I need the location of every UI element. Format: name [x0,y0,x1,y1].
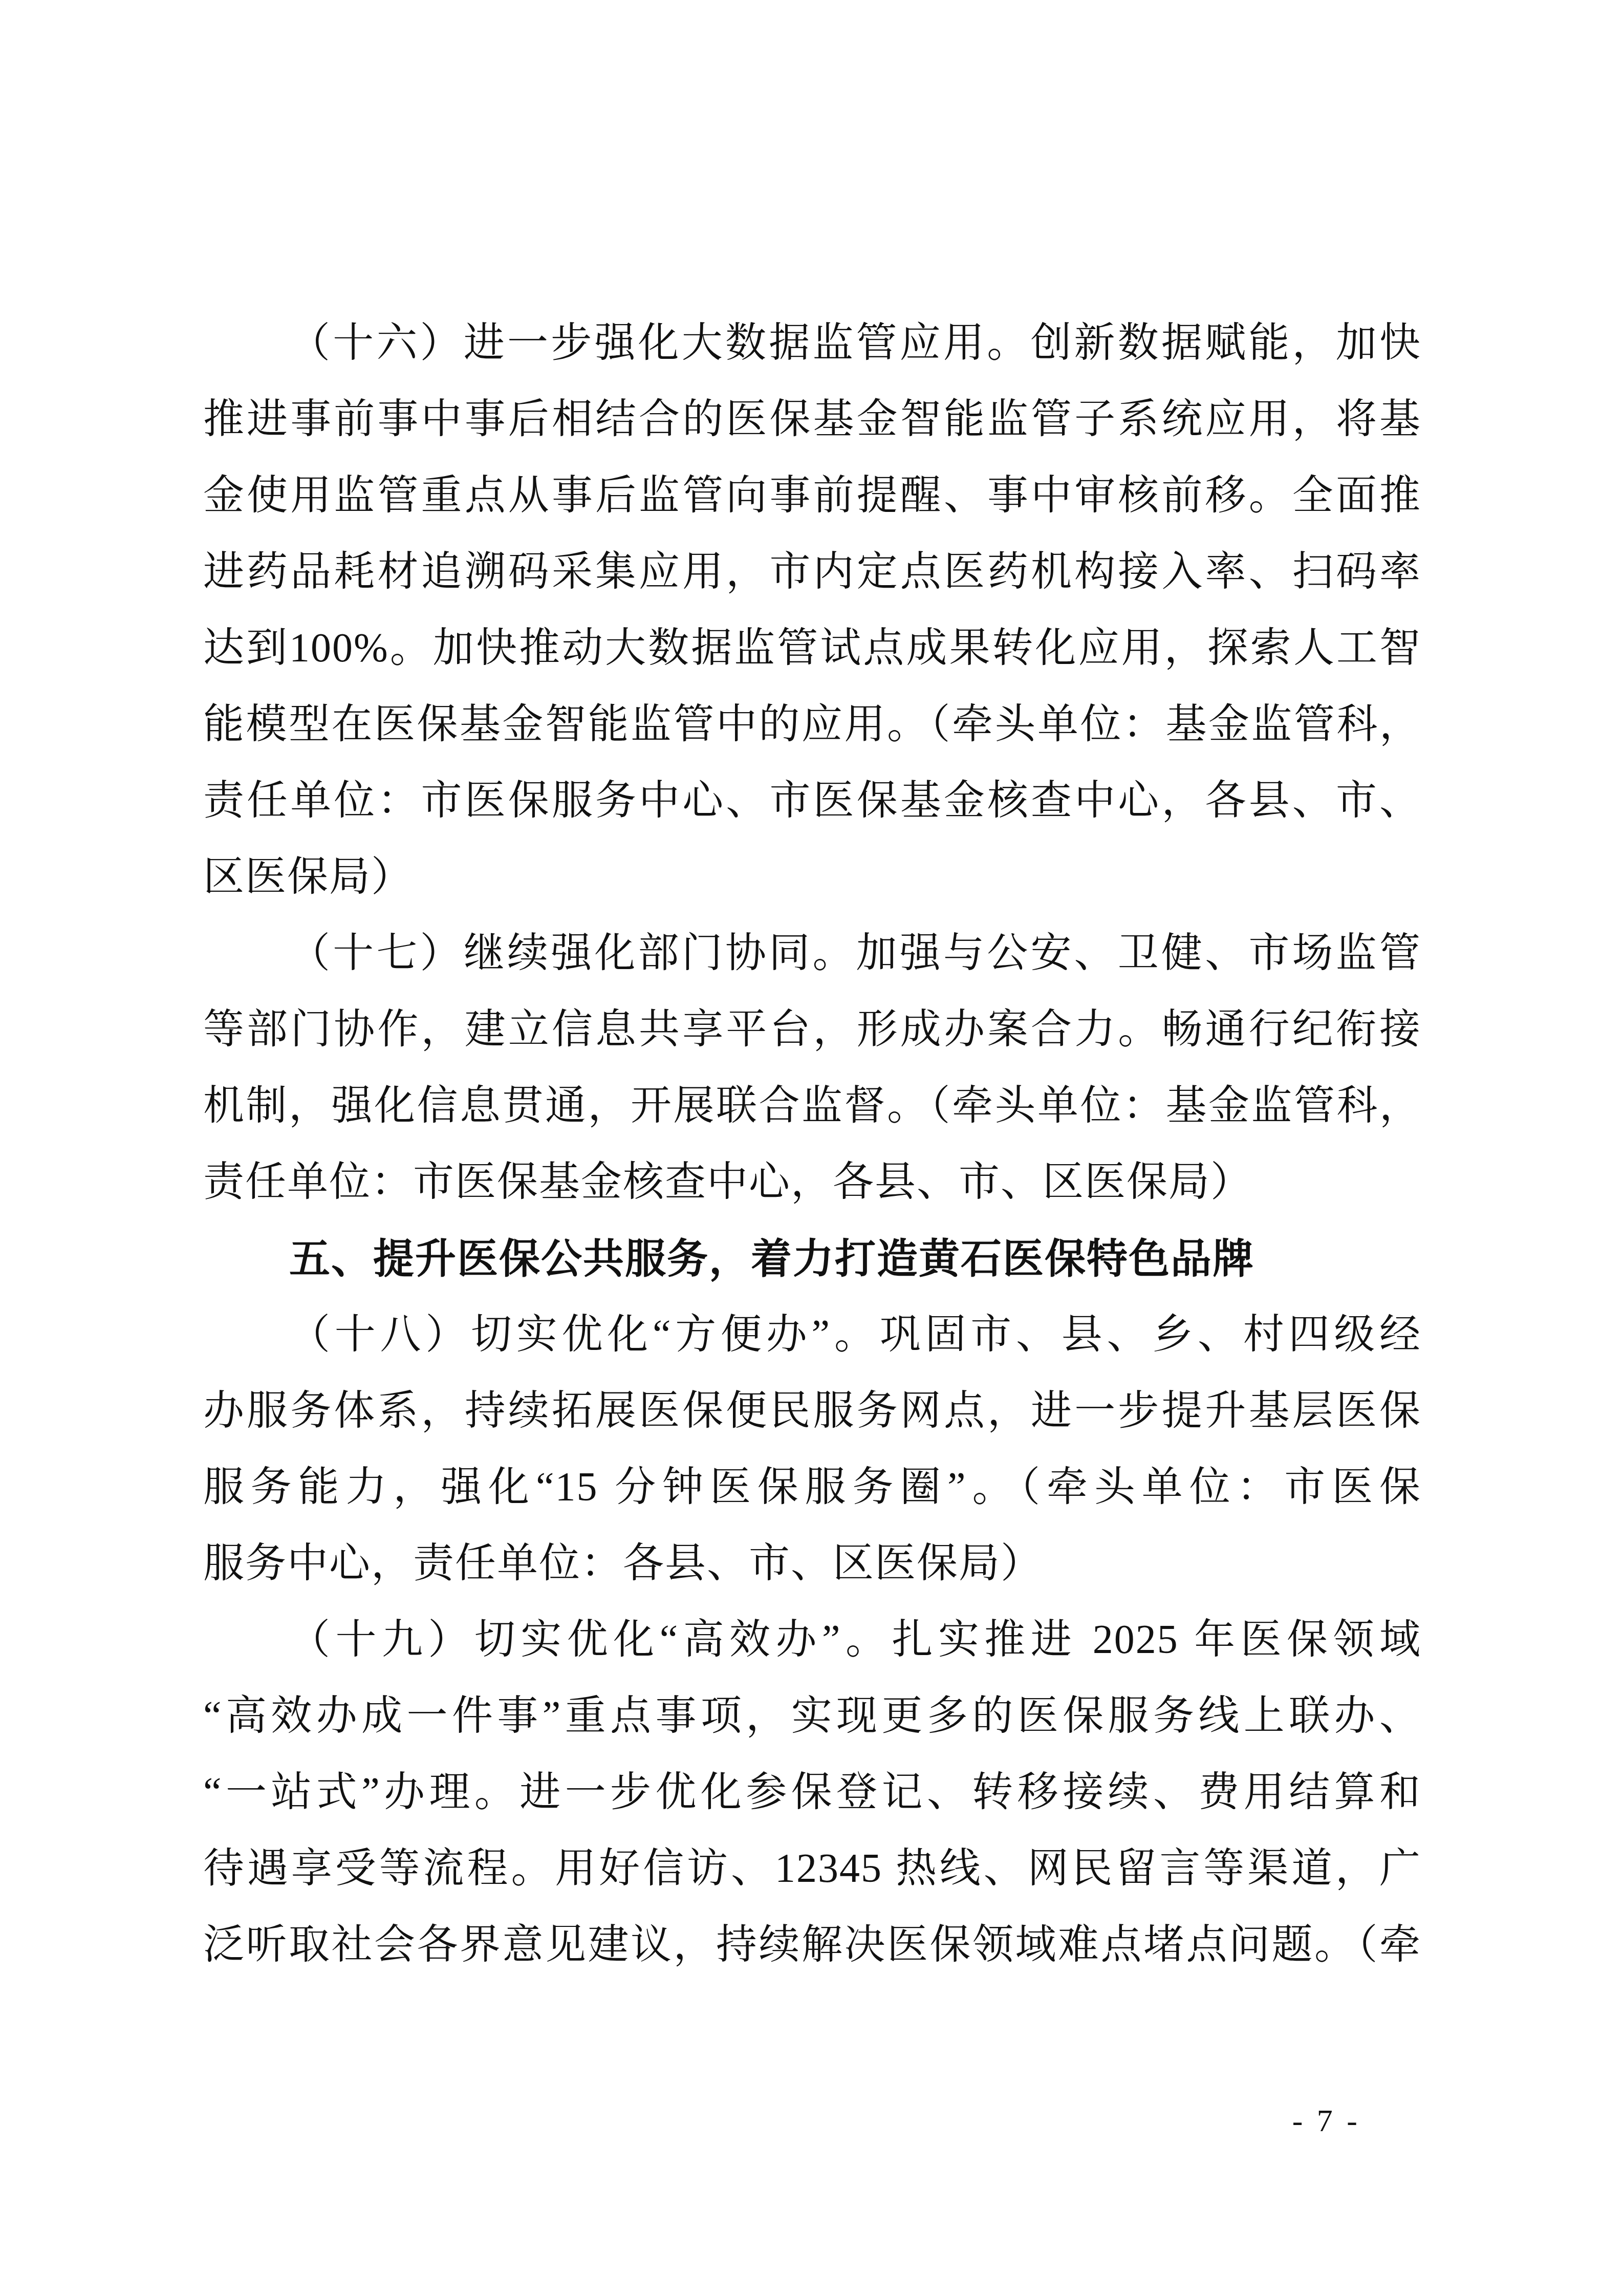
text-line: 区医保局） [203,839,1421,915]
text-line: 泛听取社会各界意见建议，持续解决医保领域难点堵点问题。（牵 [203,1907,1421,1983]
text-line: 办服务体系，持续拓展医保便民服务网点，进一步提升基层医保 [203,1373,1421,1449]
text-line: （十七）继续强化部门协同。加强与公安、卫健、市场监管 [203,915,1421,992]
text-line: 推进事前事中事后相结合的医保基金智能监管子系统应用，将基 [203,381,1421,458]
text-line: 达到100%。加快推动大数据监管试点成果转化应用，探索人工智 [203,610,1421,686]
text-line: “高效办成一件事”重点事项，实现更多的医保服务线上联办、 [203,1678,1421,1754]
text-line: （十九）切实优化“高效办”。扎实推进 2025 年医保领域 [203,1602,1421,1678]
page-number: - 7 - [1292,2098,1360,2144]
text-line: “一站式”办理。进一步优化参保登记、转移接续、费用结算和 [203,1754,1421,1831]
text-line: （十六）进一步强化大数据监管应用。创新数据赋能，加快 [203,305,1421,381]
text-line: 待遇享受等流程。用好信访、12345 热线、网民留言等渠道，广 [203,1831,1421,1907]
section-heading: 五、提升医保公共服务，着力打造黄石医保特色品牌 [203,1220,1421,1297]
text-line: 能模型在医保基金智能监管中的应用。（牵头单位：基金监管科， [203,686,1421,763]
text-line: 责任单位：市医保服务中心、市医保基金核查中心，各县、市、 [203,763,1421,839]
document-body: （十六）进一步强化大数据监管应用。创新数据赋能，加快 推进事前事中事后相结合的医… [203,305,1421,1983]
document-page: （十六）进一步强化大数据监管应用。创新数据赋能，加快 推进事前事中事后相结合的医… [0,0,1624,2296]
text-line: （十八）切实优化“方便办”。巩固市、县、乡、村四级经 [203,1297,1421,1373]
text-line: 服务中心，责任单位：各县、市、区医保局） [203,1526,1421,1602]
text-line: 责任单位：市医保基金核查中心，各县、市、区医保局） [203,1144,1421,1220]
text-line: 进药品耗材追溯码采集应用，市内定点医药机构接入率、扫码率 [203,534,1421,610]
text-line: 金使用监管重点从事后监管向事前提醒、事中审核前移。全面推 [203,458,1421,534]
text-line: 机制，强化信息贯通，开展联合监督。（牵头单位：基金监管科， [203,1068,1421,1144]
text-line: 等部门协作，建立信息共享平台，形成办案合力。畅通行纪衔接 [203,992,1421,1068]
text-line: 服务能力，强化“15 分钟医保服务圈”。（牵头单位：市医保 [203,1449,1421,1526]
